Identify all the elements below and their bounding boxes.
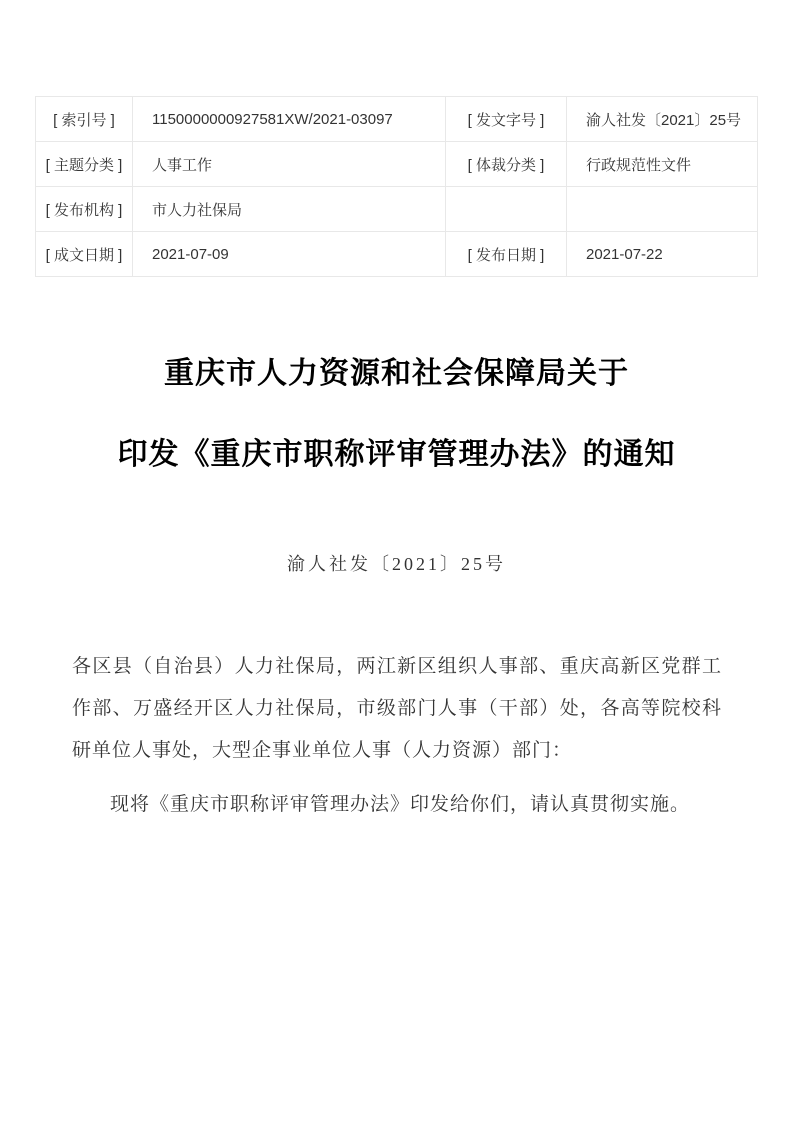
document-number-line: 渝人社发〔2021〕25号: [0, 551, 793, 577]
document-title-line-2: 印发《重庆市职称评审管理办法》的通知: [0, 437, 793, 473]
meta-value-date-published: 2021-07-22: [567, 232, 758, 277]
meta-label-document-number: [ 发文字号 ]: [446, 97, 567, 142]
body-paragraph: 现将《重庆市职称评审管理办法》印发给你们，请认真贯彻实施。: [72, 784, 722, 826]
meta-label-empty: [446, 187, 567, 232]
meta-label-date-published: [ 发布日期 ]: [446, 232, 567, 277]
meta-value-genre-category: 行政规范性文件: [567, 142, 758, 187]
meta-value-subject-category: 人事工作: [133, 142, 446, 187]
metadata-row-2: [ 主题分类 ] 人事工作 [ 体裁分类 ] 行政规范性文件: [36, 142, 758, 187]
metadata-row-3: [ 发布机构 ] 市人力社保局: [36, 187, 758, 232]
meta-value-document-number: 渝人社发〔2021〕25号: [567, 97, 758, 142]
metadata-table: [ 索引号 ] 1150000000927581XW/2021-03097 [ …: [35, 96, 758, 277]
meta-label-subject-category: [ 主题分类 ]: [36, 142, 133, 187]
metadata-row-4: [ 成文日期 ] 2021-07-09 [ 发布日期 ] 2021-07-22: [36, 232, 758, 277]
meta-value-empty: [567, 187, 758, 232]
document-title-line-1: 重庆市人力资源和社会保障局关于: [0, 356, 793, 392]
metadata-row-1: [ 索引号 ] 1150000000927581XW/2021-03097 [ …: [36, 97, 758, 142]
meta-label-date-written: [ 成文日期 ]: [36, 232, 133, 277]
meta-value-date-written: 2021-07-09: [133, 232, 446, 277]
meta-label-issuing-agency: [ 发布机构 ]: [36, 187, 133, 232]
meta-value-issuing-agency: 市人力社保局: [133, 187, 446, 232]
meta-label-genre-category: [ 体裁分类 ]: [446, 142, 567, 187]
recipients-paragraph: 各区县（自治县）人力社保局，两江新区组织人事部、重庆高新区党群工作部、万盛经开区…: [72, 646, 722, 772]
meta-label-index-number: [ 索引号 ]: [36, 97, 133, 142]
document-page: [ 索引号 ] 1150000000927581XW/2021-03097 [ …: [0, 0, 793, 1122]
meta-value-index-number: 1150000000927581XW/2021-03097: [133, 97, 446, 142]
document-body: 各区县（自治县）人力社保局，两江新区组织人事部、重庆高新区党群工作部、万盛经开区…: [72, 646, 722, 826]
